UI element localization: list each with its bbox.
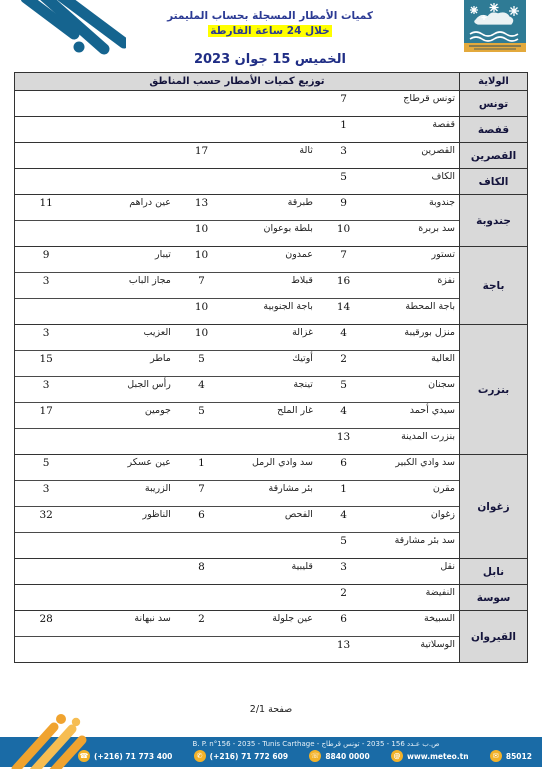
station-name: جندوبة (370, 195, 459, 220)
stations-area: النفيضة2 (15, 585, 459, 610)
rain-value: 7 (175, 481, 228, 506)
rainfall-table: الولاية توزيع كميات الأمطار حسب المناطق … (14, 72, 528, 663)
stations-area: الكاف5 (15, 169, 459, 194)
governorate-cell: القيروان (459, 611, 527, 662)
station-row: سد بربرة10بلطة بوعوان10 (15, 220, 459, 246)
rotary-phone-icon: ☎ (78, 750, 90, 762)
rain-value (175, 585, 228, 610)
station-row: قفصة1 (15, 117, 459, 142)
stations-area: سد وادي الكبير6سد وادي الرمل1عين عسكر5مق… (15, 455, 459, 558)
rain-value: 14 (317, 299, 370, 324)
stations-area: تستور7عمدون10تيبار9نفزة16قبلاط7مجاز البا… (15, 247, 459, 324)
rain-value (175, 117, 228, 142)
rain-value: 7 (317, 247, 370, 272)
rain-value: 5 (317, 533, 370, 558)
station-row: سد بئر مشارقة5 (15, 532, 459, 558)
rain-value: 17 (175, 143, 228, 168)
station-name (77, 429, 175, 454)
footer-contact-item: ☎(+216) 71 773 400 (78, 750, 172, 762)
footer-address: B. P. n°156 - 2035 - Tunis Carthage - ص.… (120, 740, 512, 748)
footer-contact-item: ✆(+216) 71 772 609 (194, 750, 288, 762)
rain-value: 3 (15, 481, 77, 506)
station-row: الكاف5 (15, 169, 459, 194)
rain-value: 10 (175, 221, 228, 246)
station-name: القصرين (370, 143, 459, 168)
station-name: مجاز الباب (77, 273, 175, 298)
footer-contact-item: ✉85012 (490, 750, 532, 762)
station-name: أوتيك (228, 351, 317, 376)
footer-contact-label: (+216) 71 772 609 (210, 752, 288, 761)
station-name: ثالة (228, 143, 317, 168)
rain-value: 6 (317, 455, 370, 480)
station-name: تيبار (77, 247, 175, 272)
station-row: منزل بورقيبة4غزالة10العزيب3 (15, 325, 459, 350)
footer-contacts: ☎(+216) 71 773 400✆(+216) 71 772 609☏884… (78, 750, 532, 762)
station-name (77, 585, 175, 610)
fax-icon: ✆ (194, 750, 206, 762)
station-name (228, 117, 317, 142)
station-name (228, 169, 317, 194)
footer-bar: B. P. n°156 - 2035 - Tunis Carthage - ص.… (0, 737, 542, 767)
station-row: نقل3قليبية8 (15, 559, 459, 584)
station-name: عمدون (228, 247, 317, 272)
station-name: مقرن (370, 481, 459, 506)
rain-value: 13 (317, 429, 370, 454)
report-date: الخميس 15 جوان 2023 (150, 52, 390, 67)
station-name: طبرقة (228, 195, 317, 220)
rainfall-report-page: { "header": { "title_line1": "كميات الأم… (0, 0, 542, 772)
station-name: العزيب (77, 325, 175, 350)
station-name: قبلاط (228, 273, 317, 298)
footer-contact-item: ☏8840 0000 (309, 750, 369, 762)
rain-value: 17 (15, 403, 77, 428)
station-name (77, 143, 175, 168)
station-name: عين جلولة (228, 611, 317, 636)
station-row: جندوبة9طبرقة13عين دراهم11 (15, 195, 459, 220)
station-name: العالية (370, 351, 459, 376)
rain-value (175, 91, 228, 116)
table-header-row: الولاية توزيع كميات الأمطار حسب المناطق (15, 73, 527, 90)
rain-value: 5 (15, 455, 77, 480)
table-row: الكافالكاف5 (15, 168, 527, 194)
station-row: مقرن1بئر مشارقة7الزريبة3 (15, 480, 459, 506)
station-name (77, 91, 175, 116)
inm-logo (16, 0, 126, 60)
station-name: سيدي أحمد (370, 403, 459, 428)
station-name: نقل (370, 559, 459, 584)
footer-contact-label: 85012 (506, 752, 532, 761)
rain-value (15, 559, 77, 584)
rain-value: 10 (175, 325, 228, 350)
rain-value: 9 (15, 247, 77, 272)
rain-value: 10 (317, 221, 370, 246)
rain-value: 3 (15, 325, 77, 350)
station-name (77, 169, 175, 194)
stations-area: جندوبة9طبرقة13عين دراهم11سد بربرة10بلطة … (15, 195, 459, 246)
station-name: قفصة (370, 117, 459, 142)
station-name (228, 585, 317, 610)
rain-value (175, 533, 228, 558)
rain-value (175, 169, 228, 194)
governorate-cell: القصرين (459, 143, 527, 168)
station-row: النفيضة2 (15, 585, 459, 610)
rain-value: 5 (175, 351, 228, 376)
station-name: عين عسكر (77, 455, 175, 480)
station-name: منزل بورقيبة (370, 325, 459, 350)
station-name (228, 91, 317, 116)
rain-value (15, 429, 77, 454)
station-name: سد بربرة (370, 221, 459, 246)
station-name (77, 299, 175, 324)
rain-value: 7 (175, 273, 228, 298)
station-name: النفيضة (370, 585, 459, 610)
rain-value: 3 (317, 143, 370, 168)
station-name (77, 559, 175, 584)
station-row: العالية2أوتيك5ماطر15 (15, 350, 459, 376)
station-name: الناظور (77, 507, 175, 532)
station-name (77, 637, 175, 662)
rain-value: 9 (317, 195, 370, 220)
station-name: الزريبة (77, 481, 175, 506)
rain-value: 32 (15, 507, 77, 532)
station-name: زغوان (370, 507, 459, 532)
stations-area: نقل3قليبية8 (15, 559, 459, 584)
rain-value: 11 (15, 195, 77, 220)
rain-value: 2 (317, 585, 370, 610)
station-name: باجة الجنوبية (228, 299, 317, 324)
station-row: زغوان4الفحص6الناظور32 (15, 506, 459, 532)
rain-value: 8 (175, 559, 228, 584)
table-row: بنزرتمنزل بورقيبة4غزالة10العزيب3العالية2… (15, 324, 527, 454)
rain-value (15, 637, 77, 662)
stations-area: قفصة1 (15, 117, 459, 142)
rain-value: 3 (317, 559, 370, 584)
rain-value: 3 (15, 377, 77, 402)
stations-area: تونس قرطاج7 (15, 91, 459, 116)
station-name: غزالة (228, 325, 317, 350)
station-name (77, 117, 175, 142)
rain-value: 5 (175, 403, 228, 428)
station-name: تستور (370, 247, 459, 272)
rain-value: 16 (317, 273, 370, 298)
station-name: نفزة (370, 273, 459, 298)
table-row: جندوبةجندوبة9طبرقة13عين دراهم11سد بربرة1… (15, 194, 527, 246)
station-name: رأس الجبل (77, 377, 175, 402)
table-row: القيروانالسبيخة6عين جلولة2سد نبهانة28الو… (15, 610, 527, 662)
station-name: سجنان (370, 377, 459, 402)
station-row: تونس قرطاج7 (15, 91, 459, 116)
station-row: سد وادي الكبير6سد وادي الرمل1عين عسكر5 (15, 455, 459, 480)
distribution-column-header: توزيع كميات الأمطار حسب المناطق (15, 73, 459, 90)
stations-area: القصرين3ثالة17 (15, 143, 459, 168)
governorate-cell: باجة (459, 247, 527, 324)
station-name (228, 637, 317, 662)
station-name: سد وادي الرمل (228, 455, 317, 480)
rain-value: 6 (175, 507, 228, 532)
governorate-cell: بنزرت (459, 325, 527, 454)
rain-value (15, 585, 77, 610)
footer-contact-label: 8840 0000 (325, 752, 369, 761)
rain-value: 4 (317, 403, 370, 428)
station-name: الكاف (370, 169, 459, 194)
governorate-cell: نابل (459, 559, 527, 584)
table-row: باجةتستور7عمدون10تيبار9نفزة16قبلاط7مجاز … (15, 246, 527, 324)
rain-value (15, 533, 77, 558)
rain-value (175, 429, 228, 454)
rain-value: 4 (317, 325, 370, 350)
station-name: سد نبهانة (77, 611, 175, 636)
rain-value: 3 (15, 273, 77, 298)
sms-icon: ✉ (490, 750, 502, 762)
rain-value: 4 (175, 377, 228, 402)
rain-value: 5 (317, 377, 370, 402)
station-name (228, 429, 317, 454)
table-row: تونستونس قرطاج7 (15, 90, 527, 116)
rain-value (175, 637, 228, 662)
rain-value: 1 (317, 481, 370, 506)
footer-contact-item: @www.meteo.tn (391, 750, 469, 762)
station-name: بنزرت المدينة (370, 429, 459, 454)
station-row: نفزة16قبلاط7مجاز الباب3 (15, 272, 459, 298)
footer-contact-label: (+216) 71 773 400 (94, 752, 172, 761)
station-name: بئر مشارقة (228, 481, 317, 506)
rain-value: 10 (175, 299, 228, 324)
rain-value: 28 (15, 611, 77, 636)
station-row: سيدي أحمد4غار الملح5جومين17 (15, 402, 459, 428)
rain-table-body: تونستونس قرطاج7قفصةقفصة1القصرينالقصرين3ث… (15, 90, 527, 662)
governorate-cell: قفصة (459, 117, 527, 142)
station-name: جومين (77, 403, 175, 428)
station-name: عين دراهم (77, 195, 175, 220)
station-row: السبيخة6عين جلولة2سد نبهانة28 (15, 611, 459, 636)
inm-emblem (464, 0, 526, 52)
table-row: قفصةقفصة1 (15, 116, 527, 142)
governorate-cell: جندوبة (459, 195, 527, 246)
report-title-line2: خلال 24 ساعة الفارطة (150, 24, 390, 39)
table-row: زغوانسد وادي الكبير6سد وادي الرمل1عين عس… (15, 454, 527, 558)
table-row: القصرينالقصرين3ثالة17 (15, 142, 527, 168)
governorate-cell: الكاف (459, 169, 527, 194)
rain-value (15, 143, 77, 168)
rain-value: 2 (175, 611, 228, 636)
station-name: سد وادي الكبير (370, 455, 459, 480)
station-name: بلطة بوعوان (228, 221, 317, 246)
station-row: بنزرت المدينة13 (15, 428, 459, 454)
page-number: صفحة 2/1 (0, 704, 542, 715)
station-name: السبيخة (370, 611, 459, 636)
table-row: سوسةالنفيضة2 (15, 584, 527, 610)
globe-icon: @ (391, 750, 403, 762)
rain-value: 15 (15, 351, 77, 376)
station-name: الوسلاتية (370, 637, 459, 662)
rain-value: 7 (317, 91, 370, 116)
rain-value: 1 (175, 455, 228, 480)
station-row: تستور7عمدون10تيبار9 (15, 247, 459, 272)
rain-value: 6 (317, 611, 370, 636)
rain-value: 4 (317, 507, 370, 532)
rain-value (15, 169, 77, 194)
station-name: غار الملح (228, 403, 317, 428)
rain-value: 13 (317, 637, 370, 662)
report-title-line1: كميات الأمطار المسجلة بحساب المليمتر (150, 9, 390, 24)
table-row: نابلنقل3قليبية8 (15, 558, 527, 584)
station-name: الفحص (228, 507, 317, 532)
governorate-cell: زغوان (459, 455, 527, 558)
rain-value (15, 117, 77, 142)
station-name: تونس قرطاج (370, 91, 459, 116)
station-name: سد بئر مشارقة (370, 533, 459, 558)
station-row: الوسلاتية13 (15, 636, 459, 662)
rain-value (15, 299, 77, 324)
rain-value: 13 (175, 195, 228, 220)
station-name (77, 221, 175, 246)
governorate-cell: سوسة (459, 585, 527, 610)
station-name: ماطر (77, 351, 175, 376)
rain-value: 10 (175, 247, 228, 272)
governorate-cell: تونس (459, 91, 527, 116)
station-name (77, 533, 175, 558)
station-name: قليبية (228, 559, 317, 584)
stations-area: السبيخة6عين جلولة2سد نبهانة28الوسلاتية13 (15, 611, 459, 662)
rain-value (15, 221, 77, 246)
rain-value: 5 (317, 169, 370, 194)
footer-contact-label: www.meteo.tn (407, 752, 469, 761)
report-title-block: كميات الأمطار المسجلة بحساب المليمتر خلا… (150, 9, 390, 67)
rain-value (15, 91, 77, 116)
rain-value: 2 (317, 351, 370, 376)
station-name: تينجة (228, 377, 317, 402)
rain-value: 1 (317, 117, 370, 142)
station-name: باجة المحطة (370, 299, 459, 324)
station-row: سجنان5تينجة4رأس الجبل3 (15, 376, 459, 402)
station-row: القصرين3ثالة17 (15, 143, 459, 168)
station-row: باجة المحطة14باجة الجنوبية10 (15, 298, 459, 324)
station-name (228, 533, 317, 558)
governorate-column-header: الولاية (459, 73, 527, 90)
stations-area: منزل بورقيبة4غزالة10العزيب3العالية2أوتيك… (15, 325, 459, 454)
handset-icon: ☏ (309, 750, 321, 762)
